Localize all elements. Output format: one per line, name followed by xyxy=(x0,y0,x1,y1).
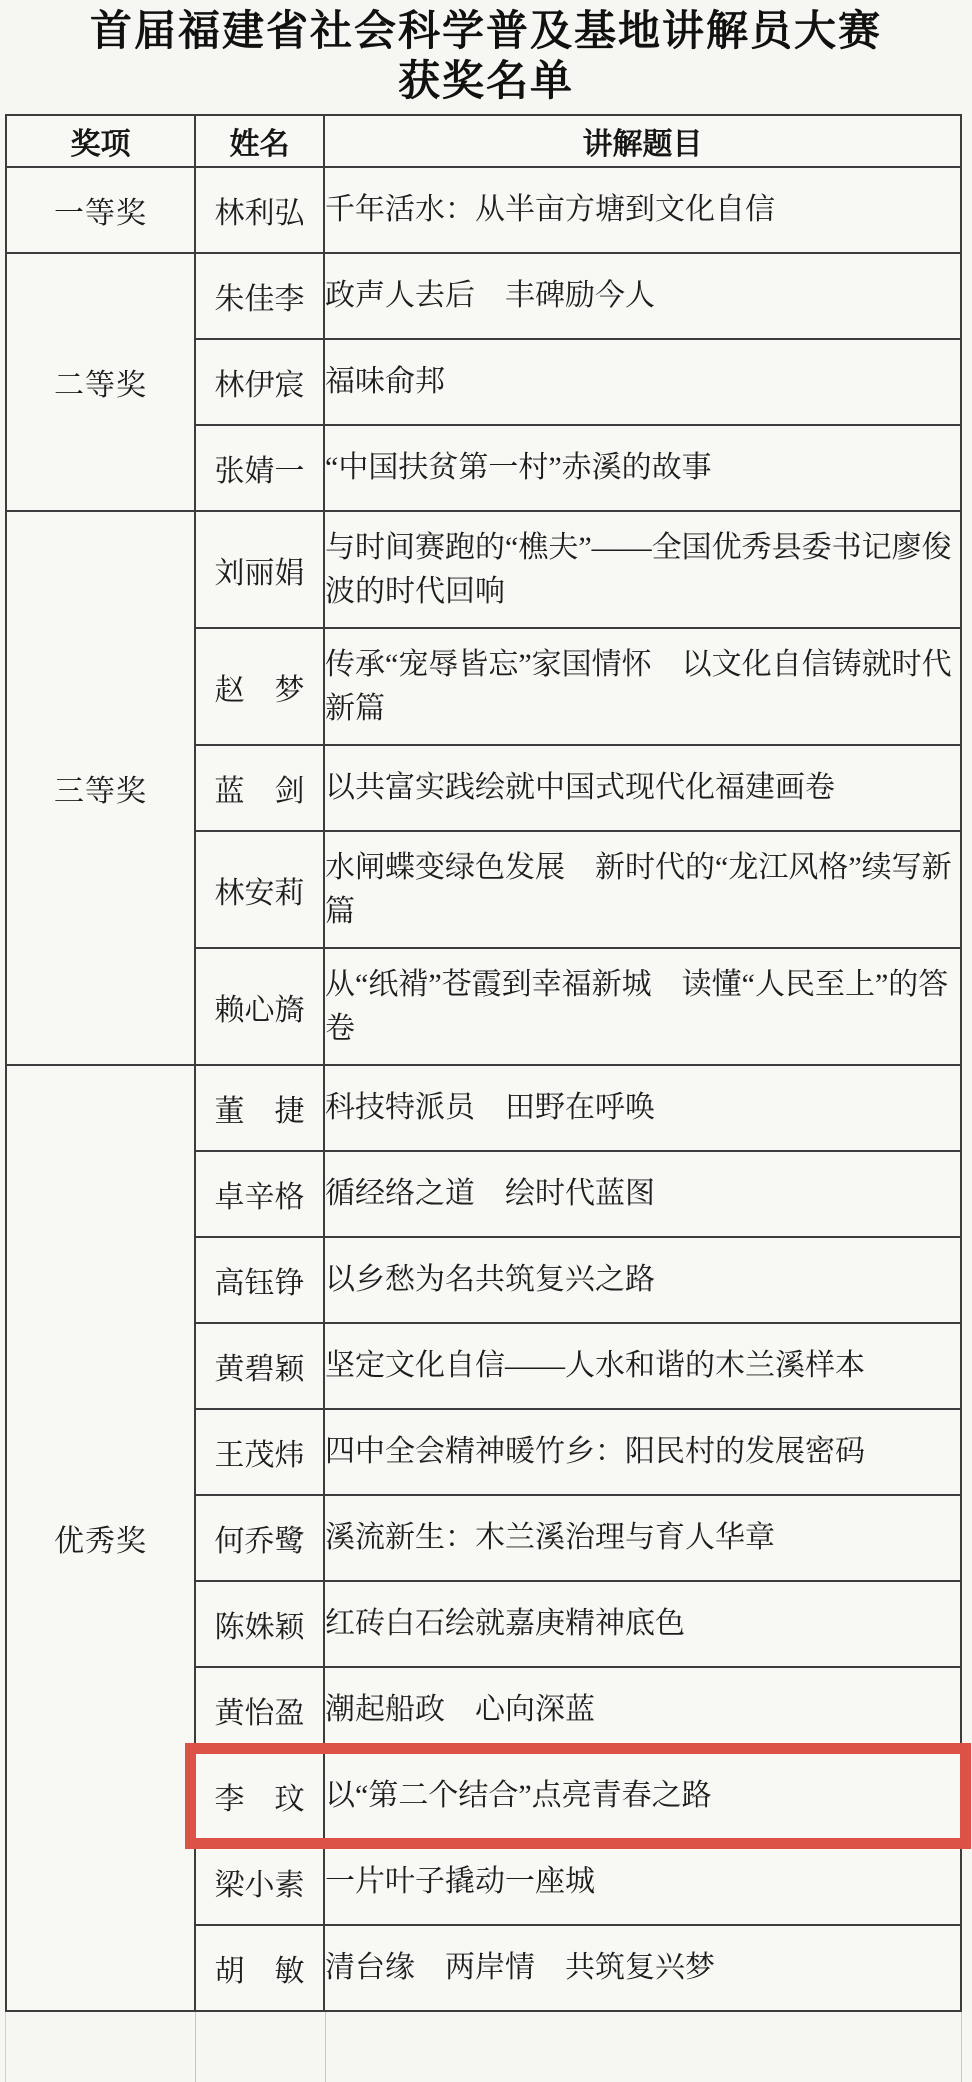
topic-cell: 水闸蝶变绿色发展 新时代的“龙江风格”续写新篇 xyxy=(324,831,961,948)
topic-cell: “中国扶贫第一村”赤溪的故事 xyxy=(324,425,961,511)
topic-cell: 坚定文化自信——人水和谐的木兰溪样本 xyxy=(324,1323,961,1409)
name-cell: 蓝 剑 xyxy=(195,745,324,831)
name-cell: 赵 梦 xyxy=(195,628,324,745)
cutoff-topic-cell xyxy=(326,2012,962,2082)
name-cell: 李 玟 xyxy=(195,1753,324,1839)
name-cell: 朱佳李 xyxy=(195,253,324,339)
table-row: 优秀奖董 捷科技特派员 田野在呼唤 xyxy=(6,1065,961,1151)
topic-cell: 溪流新生：木兰溪治理与育人华章 xyxy=(324,1495,961,1581)
topic-cell: 一片叶子撬动一座城 xyxy=(324,1839,961,1925)
page-title: 首届福建省社会科学普及基地讲解员大赛 获奖名单 xyxy=(0,0,972,106)
topic-cell: 以“第二个结合”点亮青春之路 xyxy=(324,1753,961,1839)
name-cell: 林伊宸 xyxy=(195,339,324,425)
topic-cell: 四中全会精神暖竹乡：阳民村的发展密码 xyxy=(324,1409,961,1495)
name-cell: 黄碧颖 xyxy=(195,1323,324,1409)
cutoff-award-cell xyxy=(5,2012,196,2082)
award-cell: 二等奖 xyxy=(6,253,195,511)
name-cell: 何乔鹭 xyxy=(195,1495,324,1581)
cutoff-empty-row xyxy=(5,2012,962,2082)
award-cell: 优秀奖 xyxy=(6,1065,195,2011)
name-cell: 张婧一 xyxy=(195,425,324,511)
name-cell: 梁小素 xyxy=(195,1839,324,1925)
page-title-line2: 获奖名单 xyxy=(0,56,972,106)
name-cell: 林安莉 xyxy=(195,831,324,948)
topic-cell: 政声人去后 丰碑励今人 xyxy=(324,253,961,339)
topic-cell: 传承“宠辱皆忘”家国情怀 以文化自信铸就时代新篇 xyxy=(324,628,961,745)
awards-table-body: 一等奖林利弘千年活水：从半亩方塘到文化自信二等奖朱佳李政声人去后 丰碑励今人林伊… xyxy=(6,167,961,2011)
topic-cell: 福味俞邦 xyxy=(324,339,961,425)
name-cell: 王茂炜 xyxy=(195,1409,324,1495)
award-cell: 一等奖 xyxy=(6,167,195,253)
cutoff-name-cell xyxy=(196,2012,326,2082)
name-cell: 陈姝颖 xyxy=(195,1581,324,1667)
topic-cell: 以乡愁为名共筑复兴之路 xyxy=(324,1237,961,1323)
name-cell: 刘丽娟 xyxy=(195,511,324,628)
awards-table: 奖项 姓名 讲解题目 一等奖林利弘千年活水：从半亩方塘到文化自信二等奖朱佳李政声… xyxy=(5,114,962,2012)
topic-cell: 潮起船政 心向深蓝 xyxy=(324,1667,961,1753)
topic-cell: 千年活水：从半亩方塘到文化自信 xyxy=(324,167,961,253)
topic-cell: 以共富实践绘就中国式现代化福建画卷 xyxy=(324,745,961,831)
topic-cell: 清台缘 两岸情 共筑复兴梦 xyxy=(324,1925,961,2011)
name-cell: 赖心旖 xyxy=(195,948,324,1065)
topic-cell: 循经络之道 绘时代蓝图 xyxy=(324,1151,961,1237)
topic-cell: 从“纸褙”苍霞到幸福新城 读懂“人民至上”的答卷 xyxy=(324,948,961,1065)
header-topic: 讲解题目 xyxy=(324,115,961,167)
name-cell: 黄怡盈 xyxy=(195,1667,324,1753)
name-cell: 胡 敏 xyxy=(195,1925,324,2011)
topic-cell: 红砖白石绘就嘉庚精神底色 xyxy=(324,1581,961,1667)
name-cell: 董 捷 xyxy=(195,1065,324,1151)
name-cell: 高钰铮 xyxy=(195,1237,324,1323)
table-row: 一等奖林利弘千年活水：从半亩方塘到文化自信 xyxy=(6,167,961,253)
table-row: 三等奖刘丽娟与时间赛跑的“樵夫”——全国优秀县委书记廖俊波的时代回响 xyxy=(6,511,961,628)
award-cell: 三等奖 xyxy=(6,511,195,1065)
header-award: 奖项 xyxy=(6,115,195,167)
topic-cell: 科技特派员 田野在呼唤 xyxy=(324,1065,961,1151)
page-title-line1: 首届福建省社会科学普及基地讲解员大赛 xyxy=(0,6,972,56)
topic-cell: 与时间赛跑的“樵夫”——全国优秀县委书记廖俊波的时代回响 xyxy=(324,511,961,628)
name-cell: 卓辛格 xyxy=(195,1151,324,1237)
header-name: 姓名 xyxy=(195,115,324,167)
document-page: 首届福建省社会科学普及基地讲解员大赛 获奖名单 奖项 姓名 讲解题目 一等奖林利… xyxy=(0,0,972,2082)
header-row: 奖项 姓名 讲解题目 xyxy=(6,115,961,167)
name-cell: 林利弘 xyxy=(195,167,324,253)
table-row: 二等奖朱佳李政声人去后 丰碑励今人 xyxy=(6,253,961,339)
